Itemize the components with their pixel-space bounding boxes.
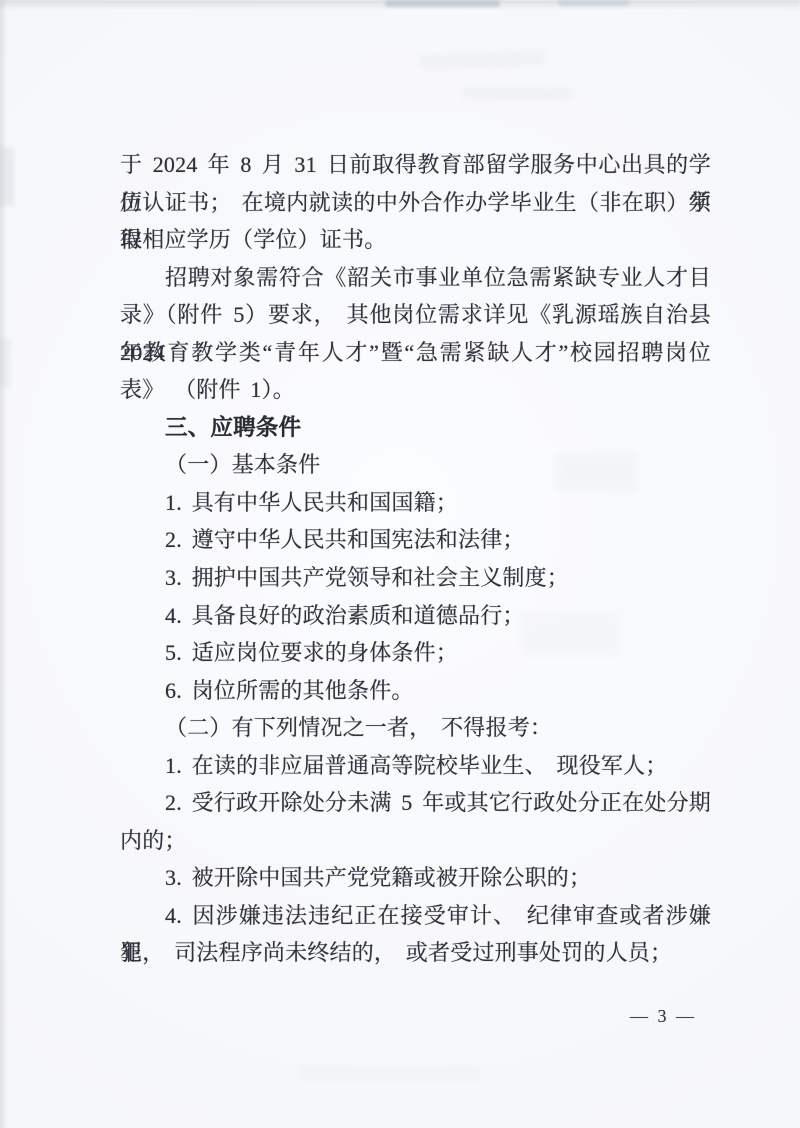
scan-smudge bbox=[385, 0, 500, 7]
list-item-line: 1. 在读的非应届普通高等院校毕业生、 现役军人； bbox=[120, 747, 711, 785]
bleed-through-smudge bbox=[462, 85, 572, 101]
list-item-line: 4. 因涉嫌违法违纪正在接受审计、 纪律审查或者涉嫌犯 bbox=[120, 897, 711, 935]
doc-line: 录》（附件 5）要求， 其他岗位需求详见《乳源瑶族自治县 2024 bbox=[120, 296, 711, 334]
subsection-heading-line: （一）基本条件 bbox=[120, 446, 711, 484]
document-page: 于 2024 年 8 月 31 日前取得教育部留学服务中心出具的学历学 位认证书… bbox=[0, 0, 800, 1128]
scan-top-edge-artifact bbox=[0, 0, 800, 10]
scan-smudge bbox=[0, 148, 14, 206]
scan-smudge bbox=[558, 0, 630, 6]
list-item-line: 3. 被开除中国共产党党籍或被开除公职的； bbox=[120, 859, 711, 897]
section-heading-line: 三、应聘条件 bbox=[120, 409, 711, 447]
page-number: — 3 — bbox=[630, 1002, 697, 1030]
list-item-line: 2. 遵守中华人民共和国宪法和法律； bbox=[120, 521, 711, 559]
document-body: 于 2024 年 8 月 31 日前取得教育部留学服务中心出具的学历学 位认证书… bbox=[120, 146, 711, 972]
list-item-line: 4. 具备良好的政治素质和道德品行； bbox=[120, 597, 711, 635]
subsection-heading-line: （二）有下列情况之一者， 不得报考： bbox=[120, 709, 711, 747]
doc-line: 内的； bbox=[120, 822, 711, 860]
list-item-line: 5. 适应岗位要求的身体条件； bbox=[120, 634, 711, 672]
scan-smudge bbox=[0, 338, 11, 388]
doc-line: 表》 （附件 1）。 bbox=[120, 371, 711, 409]
doc-line: 罪， 司法程序尚未终结的， 或者受过刑事处罚的人员； bbox=[120, 934, 711, 972]
doc-line: 得相应学历（学位）证书。 bbox=[120, 221, 711, 259]
list-item-line: 6. 岗位所需的其他条件。 bbox=[120, 672, 711, 710]
doc-line: 年教育教学类“青年人才”暨“急需紧缺人才”校园招聘岗位 bbox=[120, 334, 711, 372]
bleed-through-smudge bbox=[300, 1066, 480, 1081]
list-item-line: 3. 拥护中国共产党领导和社会主义制度； bbox=[120, 559, 711, 597]
doc-line: 招聘对象需符合《韶关市事业单位急需紧缺专业人才目 bbox=[120, 259, 711, 297]
doc-line: 位认证书； 在境内就读的中外合作办学毕业生（非在职）须取 bbox=[120, 184, 711, 222]
list-item-line: 1. 具有中华人民共和国国籍； bbox=[120, 484, 711, 522]
scan-left-edge-artifact bbox=[0, 0, 7, 1128]
doc-line: 于 2024 年 8 月 31 日前取得教育部留学服务中心出具的学历学 bbox=[120, 146, 711, 184]
bleed-through-smudge bbox=[420, 50, 545, 70]
list-item-line: 2. 受行政开除处分未满 5 年或其它行政处分正在处分期 bbox=[120, 784, 711, 822]
